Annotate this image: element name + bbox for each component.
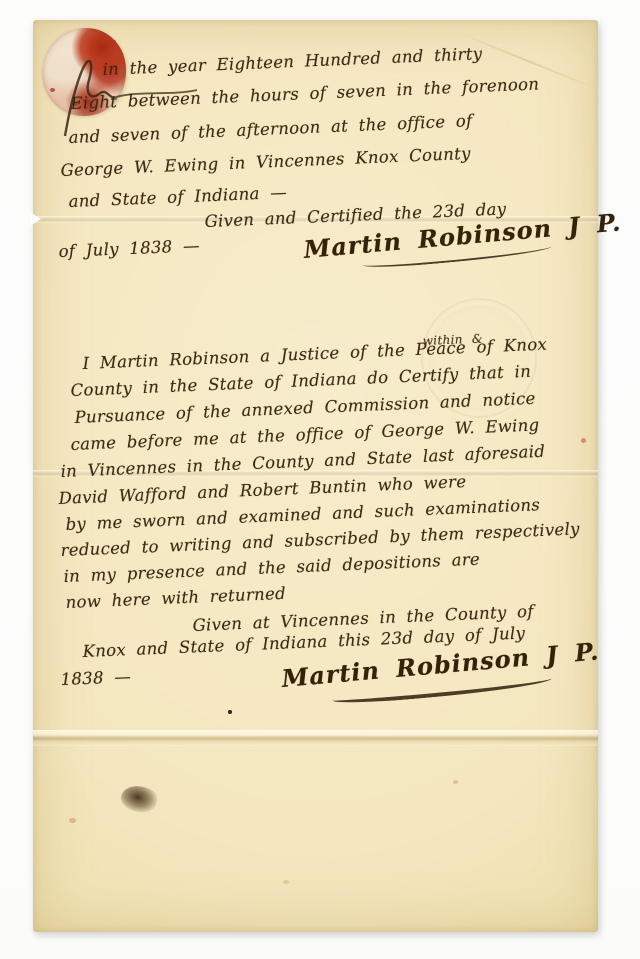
edge-tear bbox=[30, 212, 41, 226]
date-line: 1838 — bbox=[60, 667, 131, 689]
ink-dot bbox=[228, 710, 232, 714]
foxing-speck bbox=[69, 818, 76, 823]
fold-crease-lower bbox=[33, 730, 598, 746]
manuscript-line: and State of Indiana — bbox=[68, 183, 287, 211]
foxing-speck bbox=[453, 780, 458, 784]
manuscript-line: George W. Ewing in Vincennes Knox County bbox=[60, 144, 471, 180]
wax-speck bbox=[112, 40, 116, 44]
manuscript-line: and seven of the afternoon at the office… bbox=[68, 111, 473, 147]
wax-speck bbox=[50, 88, 55, 92]
ink-stain bbox=[118, 781, 160, 817]
manuscript-line: Eight between the hours of seven in the … bbox=[70, 74, 539, 113]
foxing-speck bbox=[581, 438, 586, 443]
manuscript-line: now here with returned bbox=[65, 584, 286, 612]
manuscript-line: in the year Eighteen Hundred and thirty bbox=[102, 44, 482, 79]
manuscript-page: in the year Eighteen Hundred and thirty … bbox=[33, 20, 598, 932]
date-line: of July 1838 — bbox=[58, 236, 200, 261]
foxing-speck bbox=[283, 880, 289, 884]
